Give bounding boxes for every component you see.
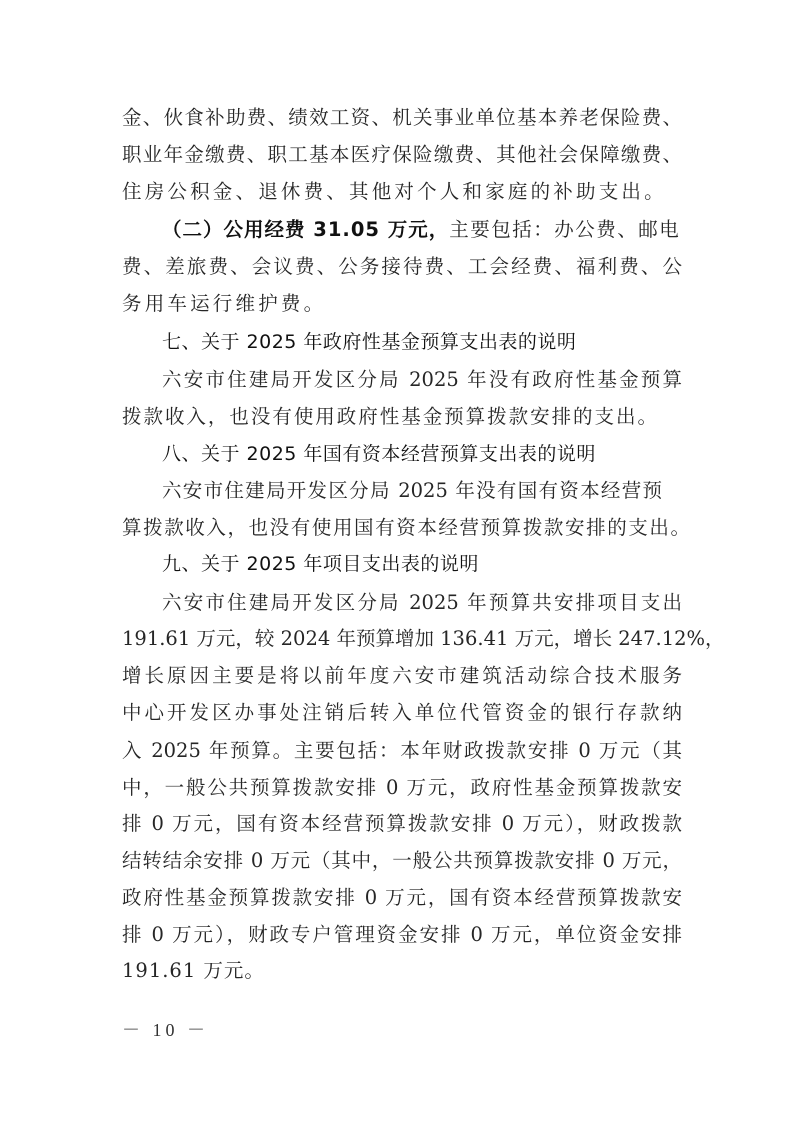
body-text-line: 191.61 万元，较 2024 年预算增加 136.41 万元，增长 247.…	[122, 620, 682, 657]
body-text-line: 中，一般公共预算拨款安排 0 万元，政府性基金预算拨款安	[122, 769, 682, 806]
body-text-line: 政府性基金预算拨款安排 0 万元，国有资本经营预算拨款安	[122, 879, 682, 916]
body-text-line: 务用车运行维护费。	[122, 285, 682, 322]
body-text-line: 结转结余安排 0 万元（其中，一般公共预算拨款安排 0 万元，	[122, 842, 682, 879]
body-text-line: 191.61 万元。	[122, 952, 682, 989]
body-text-line: 中心开发区办事处注销后转入单位代管资金的银行存款纳	[122, 694, 682, 731]
public-funds-rest: 主要包括：办公费、邮电	[449, 218, 680, 241]
body-text-line: 六安市住建局开发区分局 2025 年没有国有资本经营预	[162, 472, 662, 509]
body-text-line: 六安市住建局开发区分局 2025 年预算共安排项目支出	[162, 584, 682, 621]
section-heading-9: 九、关于 2025 年项目支出表的说明	[162, 546, 682, 583]
body-text-line: 费、差旅费、会议费、公务接待费、工会经费、福利费、公	[122, 248, 682, 285]
section-heading-7: 七、关于 2025 年政府性基金预算支出表的说明	[162, 324, 682, 361]
body-text-line: 增长原因主要是将以前年度六安市建筑活动综合技术服务	[122, 657, 682, 694]
page-number: － 10 －	[122, 1015, 209, 1045]
body-text-line: 排 0 万元，国有资本经营预算拨款安排 0 万元），财政拨款	[122, 805, 682, 842]
body-text-line: 入 2025 年预算。主要包括：本年财政拨款安排 0 万元（其	[122, 732, 682, 769]
section-heading-8: 八、关于 2025 年国有资本经营预算支出表的说明	[162, 436, 682, 473]
document-page: 金、伙食补助费、绩效工资、机关事业单位基本养老保险费、 职业年金缴费、职工基本医…	[0, 0, 793, 1122]
body-text-line: 六安市住建局开发区分局 2025 年没有政府性基金预算	[162, 361, 682, 398]
body-text-line: 拨款收入，也没有使用政府性基金预算拨款安排的支出。	[122, 398, 657, 435]
body-text-line: 排 0 万元），财政专户管理资金安排 0 万元，单位资金安排	[122, 916, 682, 953]
public-funds-line: （二）公用经费 31.05 万元，主要包括：办公费、邮电	[162, 211, 682, 248]
public-funds-bold-lead: （二）公用经费 31.05 万元，	[162, 218, 449, 241]
body-text-line: 住房公积金、退休费、其他对个人和家庭的补助支出。	[122, 173, 682, 210]
body-text-line: 金、伙食补助费、绩效工资、机关事业单位基本养老保险费、	[122, 99, 682, 136]
body-text-line: 算拨款收入，也没有使用国有资本经营预算拨款安排的支出。	[122, 509, 690, 546]
body-text-line: 职业年金缴费、职工基本医疗保险缴费、其他社会保障缴费、	[122, 136, 682, 173]
